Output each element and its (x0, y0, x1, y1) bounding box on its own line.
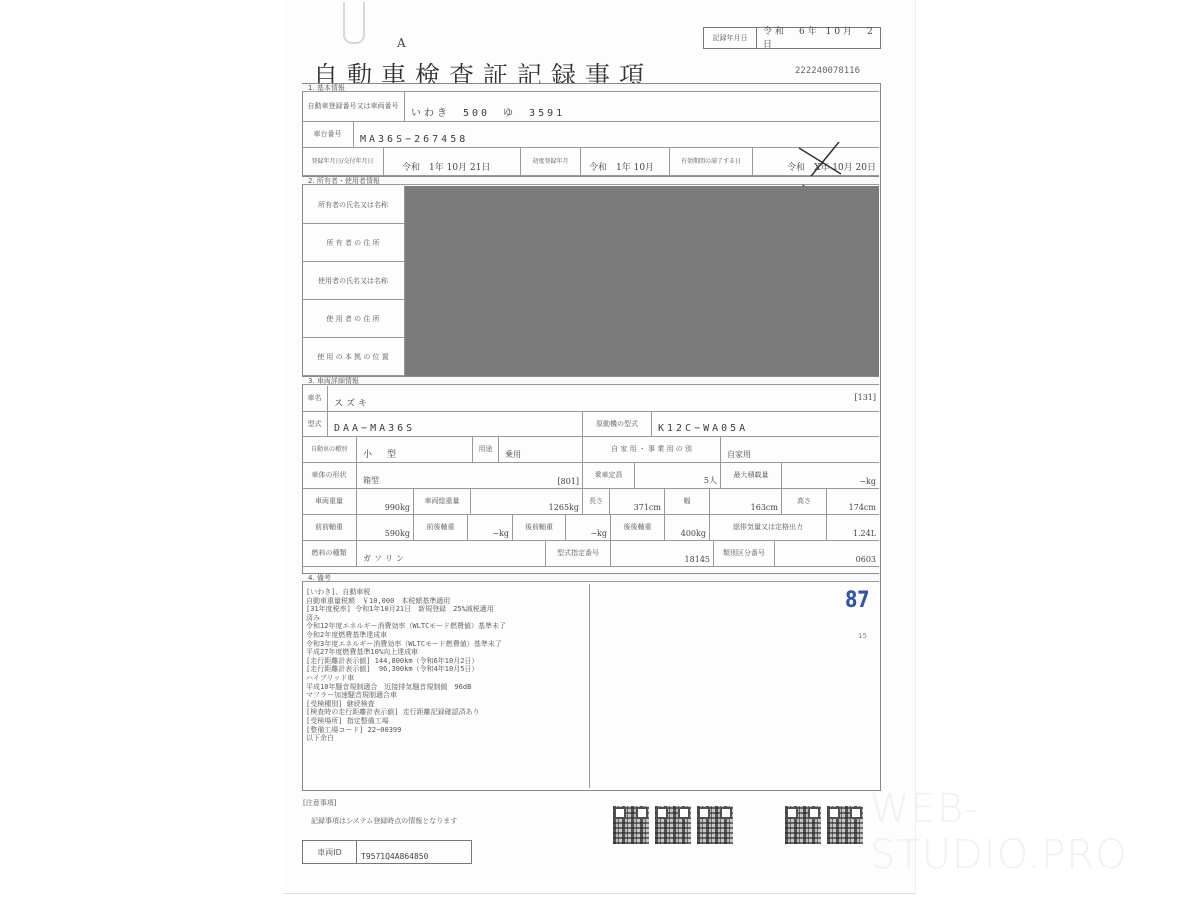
displacement-label: 総排気量又は定格出力 (710, 515, 827, 540)
displacement-value: 1.24L (827, 515, 879, 540)
gross-weight-label: 車両総重量 (414, 489, 471, 514)
vehicle-weight-value: 990kg (357, 489, 414, 514)
remarks-text: [いわき]、自動車税 自動車重量税額 ￥10,000 本税額基準適用 [31年度… (303, 584, 589, 743)
section2-heading: 2. 所有者・使用者情報 (302, 176, 879, 185)
small-note: 15 (858, 632, 867, 640)
front-axle-value: 590kg (357, 515, 414, 540)
registration-date-value: 令和 1年 10月 21日 (384, 148, 521, 175)
user-address-label: 使 用 者 の 住 所 (302, 300, 405, 338)
make-row: 車名 スズキ [131] (302, 386, 879, 412)
first-registration-value: 令和 1年 10月 (581, 148, 670, 175)
registration-number-value: いわき 500 ゆ 3591 (405, 92, 879, 121)
fuel-label: 燃料の種類 (302, 541, 357, 566)
owner-address-label: 所 有 者 の 住 所 (302, 224, 405, 262)
vehicle-id-label: 車両ID (303, 841, 357, 863)
registration-row: 自動車登録番号又は車両番号 いわき 500 ゆ 3591 (302, 92, 879, 122)
dimensions-row: 車両重量 990kg 車両総重量 1265kg 長さ 371cm 幅 163cm… (302, 489, 879, 515)
body-shape-code: [801] (547, 463, 583, 488)
private-business-label: 自 家 用 ・ 事 業 用 の 別 (583, 437, 721, 462)
capacity-value: 5人 (635, 463, 721, 488)
fuel-row: 燃料の種類 ガソリン 型式指定番号 18145 類別区分番号 0603 (302, 541, 879, 567)
rear-front-axle-value: −kg (566, 515, 611, 540)
max-load-label: 最大積載量 (721, 463, 782, 488)
length-value: 371cm (610, 489, 665, 514)
gross-weight-value: 1265kg (471, 489, 583, 514)
expiry-label: 有効期間の満了する日 (670, 148, 753, 175)
chassis-number-label: 車台番号 (302, 122, 354, 147)
purpose-value: 乗用 (499, 437, 583, 462)
vehicle-id-value: T9571Q4A864850 (357, 841, 471, 863)
rear-front-axle-label: 後前軸重 (513, 515, 566, 540)
model-row: 型式 DAA−MA36S 原動機の型式 K12C−WA05A (302, 412, 879, 437)
rear-axle-label: 後後軸重 (611, 515, 665, 540)
base-location-label: 使 用 の 本 拠 の 位 置 (302, 338, 405, 376)
capacity-label: 乗車定員 (583, 463, 635, 488)
type-row: 自動車の種別 小 型 用途 乗用 自 家 用 ・ 事 業 用 の 別 自家用 (302, 437, 879, 463)
caution-text: 記録事項はシステム登録時点の情報となります (311, 816, 457, 826)
remarks-box: [いわき]、自動車税 自動車重量税額 ￥10,000 本税額基準適用 [31年度… (303, 584, 590, 788)
handwritten-mark: 87 (845, 588, 870, 613)
body-shape-label: 車体の形状 (302, 463, 357, 488)
make-code: [131] (828, 386, 879, 411)
height-label: 高さ (782, 489, 827, 514)
record-date-box: 記録年月日 令和 6年 10月 2日 (703, 27, 881, 49)
width-label: 幅 (665, 489, 710, 514)
qr-code-icon (697, 806, 733, 844)
vehicle-type-label: 自動車の種別 (302, 437, 357, 462)
body-shape-value: 箱型 (357, 463, 547, 488)
make-value: スズキ (328, 386, 828, 411)
body-row: 車体の形状 箱型 [801] 乗車定員 5人 最大積載量 −kg (302, 463, 879, 489)
private-business-value: 自家用 (721, 437, 879, 462)
height-value: 174cm (827, 489, 879, 514)
first-registration-label: 初度登録年月 (521, 148, 581, 175)
qr-code-icon (613, 806, 649, 844)
engine-model-label: 原動機の型式 (583, 412, 652, 436)
purpose-label: 用途 (473, 437, 499, 462)
section4-heading: 4. 備考 (302, 573, 879, 582)
front-axle-label: 前前軸重 (302, 515, 357, 540)
record-date-value: 令和 6年 10月 2日 (757, 28, 880, 48)
vehicle-type-value: 小 型 (357, 437, 473, 462)
caution-heading: [注意事項] (303, 798, 336, 808)
vehicle-id-box: 車両ID T9571Q4A864850 (302, 840, 472, 864)
length-label: 長さ (583, 489, 610, 514)
rear-axle-value: 400kg (665, 515, 710, 540)
type-designation-label: 型式指定番号 (546, 541, 611, 566)
chassis-row: 車台番号 MA36S−267458 (302, 122, 879, 148)
vehicle-weight-label: 車両重量 (302, 489, 357, 514)
dates-row: 登録年月日/交付年月日 令和 1年 10月 21日 初度登録年月 令和 1年 1… (302, 148, 879, 176)
make-label: 車名 (302, 386, 328, 411)
category-number-value: 0603 (775, 541, 879, 566)
model-label: 型式 (302, 412, 328, 436)
user-name-label: 使用者の氏名又は名称 (302, 262, 405, 300)
watermark: WEB-STUDIO.PRO (870, 786, 1200, 878)
category-number-label: 類別区分番号 (714, 541, 775, 566)
paper-clip-mark (343, 2, 365, 44)
type-designation-value: 18145 (611, 541, 714, 566)
document-number: 222240078116 (795, 66, 860, 76)
front-rear-axle-value: −kg (468, 515, 513, 540)
section3-heading: 3. 車両詳細情報 (302, 376, 879, 385)
record-date-label: 記録年月日 (704, 28, 757, 48)
model-value: DAA−MA36S (328, 412, 583, 436)
registration-date-label: 登録年月日/交付年月日 (302, 148, 384, 175)
owner-name-label: 所有者の氏名又は名称 (302, 186, 405, 224)
registration-number-label: 自動車登録番号又は車両番号 (302, 92, 405, 121)
mark-letter: A (397, 36, 406, 50)
qr-code-icon (827, 806, 863, 844)
axle-row: 前前軸重 590kg 前後軸重 −kg 後前軸重 −kg 後後軸重 400kg … (302, 515, 879, 541)
qr-code-icon (785, 806, 821, 844)
engine-model-value: K12C−WA05A (652, 412, 879, 436)
fuel-value: ガソリン (357, 541, 546, 566)
qr-code-icon (655, 806, 691, 844)
max-load-value: −kg (782, 463, 879, 488)
front-rear-axle-label: 前後軸重 (414, 515, 468, 540)
section1-heading: 1. 基本情報 (302, 83, 879, 92)
width-value: 163cm (710, 489, 782, 514)
redacted-owner-info (405, 186, 879, 376)
